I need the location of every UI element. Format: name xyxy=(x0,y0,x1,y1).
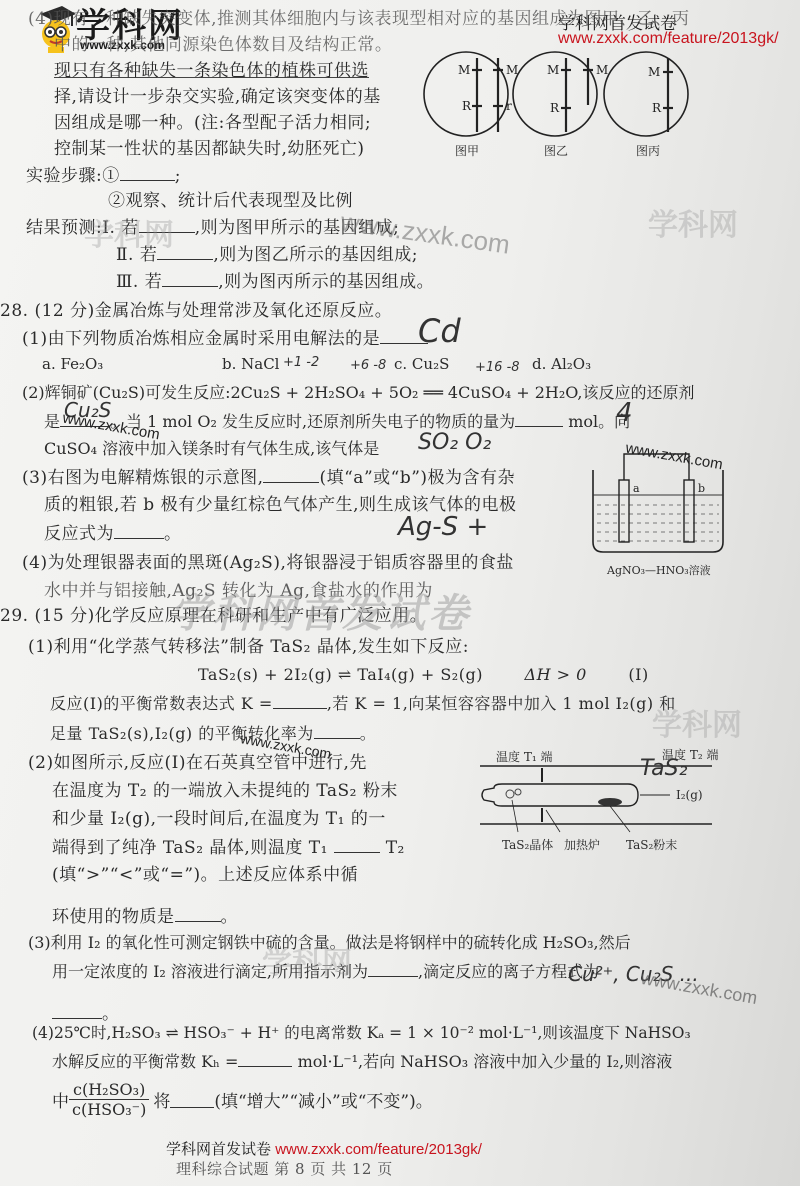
q29-recycle-blank[interactable] xyxy=(175,905,221,922)
q28-p3-line3: 反应式为。 xyxy=(44,522,182,545)
q28-equation-blank[interactable] xyxy=(114,522,164,539)
svg-text:a: a xyxy=(633,482,640,495)
q28-margin-note-3: +16 -8 xyxy=(475,360,520,375)
q28-p3-line3-pre: 反应式为 xyxy=(44,524,114,544)
q29-p2-line4: 端得到了纯净 TaS₂ 晶体,则温度 T₁ T₂ xyxy=(52,836,405,859)
q29-p1-line2: 反应(Ⅰ)的平衡常数表达式 K =,若 K = 1,向某恒容容器中加入 1 mo… xyxy=(50,692,676,715)
result2-end: ,则为图乙所示的基因组成; xyxy=(213,245,418,265)
equation-text: TaS₂(s) + 2I₂(g) ⇌ TaI₄(g) + S₂(g) xyxy=(198,665,483,684)
q28-p3-line3-end: 。 xyxy=(164,524,182,544)
delta-h: ΔH > 0 xyxy=(525,665,587,684)
result3-pre: Ⅲ. 若 xyxy=(116,272,162,292)
q28-gas-handwriting: SO₂ O₂ xyxy=(418,430,491,455)
q29-p4-line2: 水解反应的平衡常数 Kₕ = mol·L⁻¹,若向 NaHSO₃ 溶液中加入少量… xyxy=(52,1050,672,1073)
quartz-tube-figure: 温度 T₁ 端 温度 T₂ 端 I₂(g) TaS₂晶体 加热炉 TaS₂粉末 … xyxy=(480,748,720,858)
caption-fig-bing: 图丙 xyxy=(636,142,660,159)
q28-p2-line2-pre: 是 xyxy=(44,412,60,431)
svg-text:M: M xyxy=(547,63,559,77)
q29-p1-line2-pre: 反应(Ⅰ)的平衡常数表达式 K = xyxy=(50,694,273,713)
q28-p4-line1: (4)为处理银器表面的黑斑(Ag₂S),将银器浸于铝质容器里的食盐 xyxy=(22,552,514,574)
q29-p2-line4-end: T₂ xyxy=(386,838,405,858)
q29-p4-line2-pre: 水解反应的平衡常数 Kₕ = xyxy=(52,1052,238,1071)
tube-handwriting: TaS₂ xyxy=(640,756,687,781)
footer-site-title: 学科网首发试卷 xyxy=(166,1140,271,1158)
q29-p2-line2: 在温度为 T₂ 的一端放入未提纯的 TaS₂ 粉末 xyxy=(52,780,398,802)
q29-p4-line1: (4)25℃时,H₂SO₃ ⇌ HSO₃⁻ + H⁺ 的电离常数 Kₐ = 1 … xyxy=(32,1022,691,1044)
option-d: d. Al₂O₃ xyxy=(532,355,591,373)
steps-label: 实验步骤:① xyxy=(26,166,120,186)
q28-margin-note-1: +1 -2 xyxy=(283,355,319,370)
q28-p3-line1: (3)右图为电解精炼银的示意图,(填“a”或“b”)极为含有杂 xyxy=(22,466,515,489)
q28-electrode-blank[interactable] xyxy=(263,466,319,483)
q29-indicator-blank[interactable] xyxy=(368,960,418,977)
label-furnace: 加热炉 xyxy=(564,836,600,853)
q27-line3: 现只有各种缺失一条染色体的植株可供选 xyxy=(54,60,369,82)
q29-ionic-equation-blank[interactable] xyxy=(52,1002,102,1019)
q27-line2: 中的一种,其他同源染色体数目及结构正常。 xyxy=(54,34,392,56)
svg-text:M: M xyxy=(648,65,660,79)
caption-fig-jia: 图甲 xyxy=(455,142,479,159)
header-url-link[interactable]: www.zxxk.com/feature/2013gk/ xyxy=(558,30,779,48)
footer-banner: 学科网首发试卷 www.zxxk.com/feature/2013gk/ xyxy=(166,1138,482,1159)
q29-equation: TaS₂(s) + 2I₂(g) ⇌ TaI₄(g) + S₂(g) ΔH > … xyxy=(198,664,649,686)
q29-p2-line6: 环使用的物质是。 xyxy=(52,905,238,928)
q29-p1-line2-end: ,若 K = 1,向某恒容容器中加入 1 mol I₂(g) 和 xyxy=(327,694,676,713)
label-tas2-crystal: TaS₂晶体 xyxy=(502,836,553,853)
label-t1-end: 温度 T₁ 端 xyxy=(496,748,552,765)
ratio-numerator: c(H₂SO₃) xyxy=(69,1080,149,1100)
q28-margin-note-2: +6 -8 xyxy=(350,358,386,373)
q29-ratio-change-blank[interactable] xyxy=(170,1091,214,1108)
q28-p3-handwriting: Ag-S + xyxy=(398,512,488,542)
option-c: c. Cu₂S xyxy=(394,355,449,373)
q29-p2-line6-end: 。 xyxy=(221,907,239,927)
label-i2-gas: I₂(g) xyxy=(676,788,703,802)
q28-p2-line2-mid: 。当 1 mol O₂ 发生反应时,还原剂所失电子的物质的量为 xyxy=(110,412,515,431)
steps-end: ; xyxy=(175,166,181,186)
q28-p1-text: (1)由下列物质冶炼相应金属时采用电解法的是 xyxy=(22,329,380,349)
q28-p3-pre: (3)右图为电解精炼银的示意图, xyxy=(22,468,263,488)
watermark-logo-2: 学科网 xyxy=(648,200,738,244)
result3-blank[interactable] xyxy=(162,270,218,287)
q29-p1-line3-end: 。 xyxy=(360,724,377,743)
q27-line1: (4)现有一种缺失突变体,推测其体细胞内与该表现型相对应的基因组成为图甲、乙、丙 xyxy=(28,8,689,30)
svg-text:M: M xyxy=(458,63,470,77)
q27-line5: 因组成是哪一种。(注:各型配子活力相同; xyxy=(54,112,371,134)
q27-result3: Ⅲ. 若,则为图丙所示的基因组成。 xyxy=(116,270,434,293)
footer-url-link[interactable]: www.zxxk.com/feature/2013gk/ xyxy=(275,1141,482,1158)
option-b: b. NaCl xyxy=(222,355,279,373)
q28-p1: (1)由下列物质冶炼相应金属时采用电解法的是 xyxy=(22,327,428,350)
q27-line4: 择,请设计一步杂交实验,确定该突变体的基 xyxy=(54,86,381,108)
label-tas2-powder: TaS₂粉末 xyxy=(626,836,677,853)
q29-conversion-blank[interactable] xyxy=(314,722,360,739)
q29-p4-line3-pre: 中 xyxy=(52,1087,69,1112)
q29-p4-line3-end: (填“增大”“减小”或“不变”)。 xyxy=(214,1087,432,1112)
q29-p2-line4-pre: 端得到了纯净 TaS₂ 晶体,则温度 T₁ xyxy=(52,838,328,858)
watermark-big-banner: 学科网首发试卷 xyxy=(170,582,471,639)
svg-text:R: R xyxy=(550,101,560,115)
q28-title: 28. (12 分)金属冶炼与处理常涉及氧化还原反应。 xyxy=(0,300,392,322)
q28-p2-line3: CuSO₄ 溶液中加入镁条时有气体生成,该气体是 xyxy=(44,438,379,460)
caption-fig-yi: 图乙 xyxy=(544,142,568,159)
concentration-ratio: c(H₂SO₃) c(HSO₃⁻) xyxy=(69,1080,149,1119)
electrolyte-caption: AgNO₃—HNO₃溶液 xyxy=(607,562,711,578)
ratio-denominator: c(HSO₃⁻) xyxy=(72,1100,146,1119)
q29-p4-line3: 中 c(H₂SO₃) c(HSO₃⁻) 将(填“增大”“减小”或“不变”)。 xyxy=(52,1080,433,1119)
svg-text:M: M xyxy=(506,63,518,77)
watermark-url-5: www.zxxk.com xyxy=(639,968,759,1009)
result3-end: ,则为图丙所示的基因组成。 xyxy=(218,272,434,292)
chromosome-figures: MM Rr MM R MR 图甲 图乙 图丙 xyxy=(420,50,690,160)
q27-step2: ②观察、统计后代表现型及比例 xyxy=(108,190,353,212)
q29-kh-blank[interactable] xyxy=(238,1050,292,1067)
svg-text:M: M xyxy=(596,63,608,77)
q29-p4-line3-mid: 将 xyxy=(153,1087,170,1112)
q27-line6: 控制某一性状的基因都缺失时,幼胚死亡) xyxy=(54,138,365,160)
q29-temperature-blank[interactable] xyxy=(334,836,380,853)
q29-p2-line6-pre: 环使用的物质是 xyxy=(52,907,175,927)
q27-steps: 实验步骤:①; xyxy=(26,164,181,187)
q29-p2-line3: 和少量 I₂(g),一段时间后,在温度为 T₁ 的一 xyxy=(52,808,386,830)
q29-p1-line3: 足量 TaS₂(s),I₂(g) 的平衡转化率为。 xyxy=(50,722,376,745)
svg-text:r: r xyxy=(506,99,512,113)
q28-mol-blank[interactable] xyxy=(515,410,563,427)
q28-p2-line3-text: CuSO₄ 溶液中加入镁条时有气体生成,该气体是 xyxy=(44,439,379,458)
option-a: a. Fe₂O₃ xyxy=(42,355,103,373)
q28-p2-line1: (2)辉铜矿(Cu₂S)可发生反应:2Cu₂S + 2H₂SO₄ + 5O₂ ═… xyxy=(22,382,695,404)
watermark-logo-3: 学科网 xyxy=(652,700,742,744)
q29-p3-line3-end: 。 xyxy=(102,1004,120,1024)
watermark-logo-4: 学科网 xyxy=(262,938,352,982)
q28-p3-end: (填“a”或“b”)极为含有杂 xyxy=(319,468,515,488)
svg-text:b: b xyxy=(698,482,705,495)
q28-mol-handwriting: 4 xyxy=(616,398,633,428)
q29-p1-line1: (1)利用“化学蒸气转移法”制备 TaS₂ 晶体,发生如下反应: xyxy=(28,636,469,658)
q29-p4-line2-end: mol·L⁻¹,若向 NaHSO₃ 溶液中加入少量的 I₂,则溶液 xyxy=(298,1052,673,1071)
q27-line3-text: 现只有各种缺失一条染色体的植株可供选 xyxy=(54,61,369,81)
svg-text:R: R xyxy=(462,99,472,113)
equation-label: (Ⅰ) xyxy=(628,665,648,684)
q29-p2-line5: (填“>”“<”或“=”)。上述反应体系中循 xyxy=(52,864,358,886)
step1-blank[interactable] xyxy=(120,164,175,181)
watermark-logo-1: 学科网 xyxy=(84,210,174,254)
q29-k-blank[interactable] xyxy=(273,692,327,709)
footer-page-info: 理科综合试题 第 8 页 共 12 页 xyxy=(176,1158,393,1180)
q28-p1-handwritten-answer: Cd xyxy=(418,312,461,350)
svg-text:R: R xyxy=(652,101,662,115)
